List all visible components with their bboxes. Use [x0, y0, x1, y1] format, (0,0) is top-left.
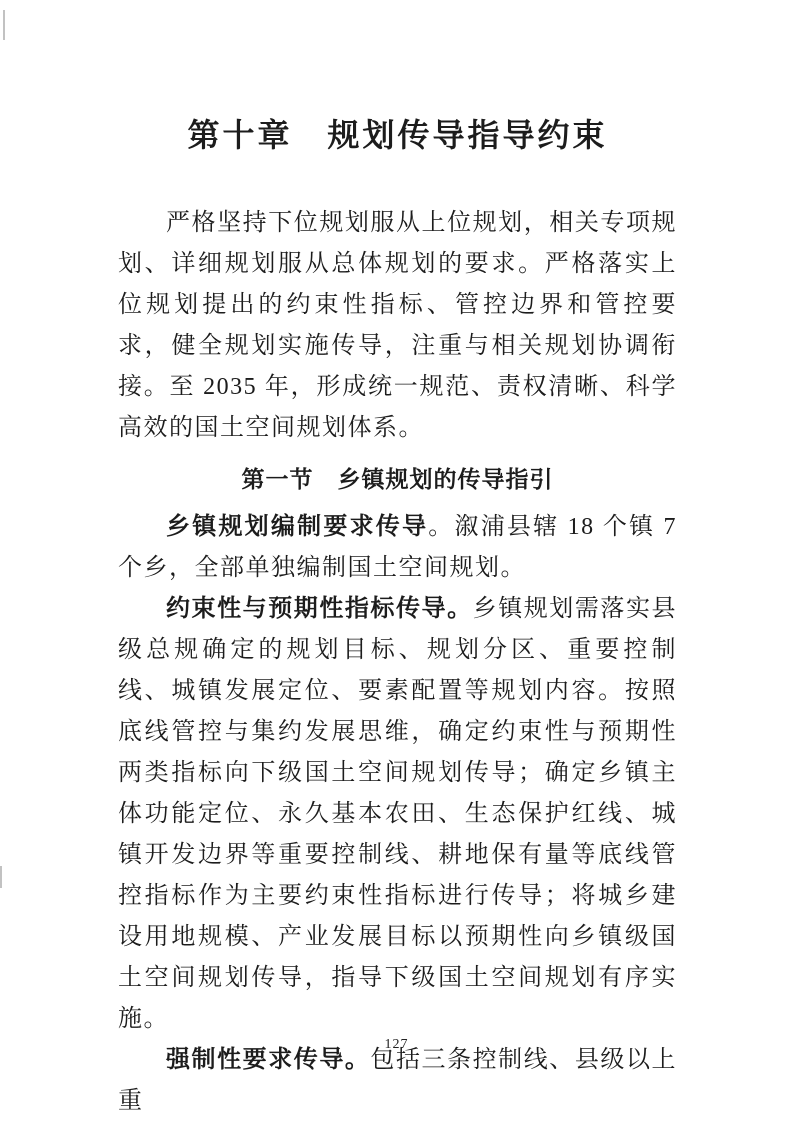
scan-artifact-top: [3, 10, 5, 40]
page-number: 127: [0, 1037, 793, 1053]
paragraph-township-plan: 乡镇规划编制要求传导。溆浦县辖 18 个镇 7 个乡，全部单独编制国土空间规划。: [118, 507, 677, 589]
paragraph-township-lead: 乡镇规划编制要求传导: [166, 514, 428, 540]
section-heading: 第一节 乡镇规划的传导指引: [118, 461, 677, 494]
scan-artifact-middle: [0, 866, 2, 888]
chapter-title: 第十章 规划传导指导约束: [118, 110, 677, 156]
paragraph-indicators-lead: 约束性与预期性指标传导。: [166, 596, 473, 622]
paragraph-intro: 严格坚持下位规划服从上位规划，相关专项规划、详细规划服从总体规划的要求。严格落实…: [118, 203, 677, 449]
document-page: 第十章 规划传导指导约束 严格坚持下位规划服从上位规划，相关专项规划、详细规划服…: [0, 0, 793, 1122]
page-content: 第十章 规划传导指导约束 严格坚持下位规划服从上位规划，相关专项规划、详细规划服…: [118, 0, 677, 1122]
paragraph-indicators: 约束性与预期性指标传导。乡镇规划需落实县级总规确定的规划目标、规划分区、重要控制…: [118, 589, 677, 1040]
paragraph-indicators-text: 乡镇规划需落实县级总规确定的规划目标、规划分区、重要控制线、城镇发展定位、要素配…: [118, 596, 677, 1032]
